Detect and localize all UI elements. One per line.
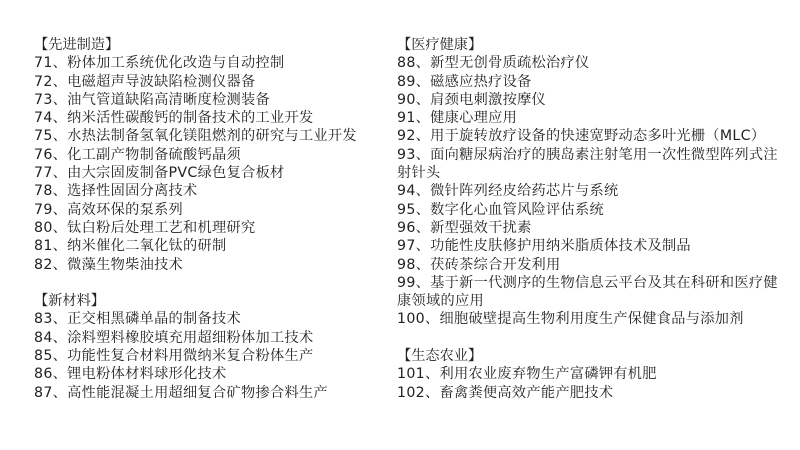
list-item: 91、健康心理应用 <box>397 109 792 127</box>
list-item: 73、油气管道缺陷高清晰度检测装备 <box>34 91 394 109</box>
list-item: 86、锂电粉体材料球形化技术 <box>34 365 394 383</box>
list-item: 97、功能性皮肤修护用纳米脂质体技术及制品 <box>397 237 792 255</box>
list-item: 78、选择性固固分离技术 <box>34 182 394 200</box>
section-spacer <box>34 274 394 292</box>
list-item: 74、纳米活性碳酸钙的制备技术的工业开发 <box>34 109 394 127</box>
left-column: 【先进制造】 71、粉体加工系统优化改造与自动控制 72、电磁超声导波缺陷检测仪… <box>34 36 394 402</box>
list-item: 72、电磁超声导波缺陷检测仪器备 <box>34 73 394 91</box>
list-item: 82、微藻生物柴油技术 <box>34 256 394 274</box>
list-item: 93、面向糖尿病治疗的胰岛素注射笔用一次性微型阵列式注射针头 <box>397 146 792 183</box>
list-item: 84、涂料塑料橡胶填充用超细粉体加工技术 <box>34 329 394 347</box>
section-heading-advanced-manufacturing: 【先进制造】 <box>34 36 394 54</box>
list-item: 94、微针阵列经皮给药芯片与系统 <box>397 182 792 200</box>
list-item: 102、畜禽粪便高效产能产肥技术 <box>397 384 792 402</box>
list-item: 88、新型无创骨质疏松治疗仪 <box>397 54 792 72</box>
list-item: 77、由大宗固废制备PVC绿色复合板材 <box>34 164 394 182</box>
section-heading-medical-health: 【医疗健康】 <box>397 36 792 54</box>
list-item: 85、功能性复合材料用微纳米复合粉体生产 <box>34 347 394 365</box>
list-item: 81、纳米催化二氧化钛的研制 <box>34 237 394 255</box>
list-item: 99、基于新一代测序的生物信息云平台及其在科研和医疗健康领域的应用 <box>397 274 792 311</box>
list-item: 79、高效环保的泵系列 <box>34 201 394 219</box>
list-item: 101、利用农业废弃物生产富磷钾有机肥 <box>397 365 792 383</box>
list-item: 95、数字化心血管风险评估系统 <box>397 201 792 219</box>
section-heading-eco-agriculture: 【生态农业】 <box>397 347 792 365</box>
list-item: 75、水热法制备氢氧化镁阻燃剂的研究与工业开发 <box>34 127 394 145</box>
list-item: 98、茯砖茶综合开发利用 <box>397 256 792 274</box>
list-item: 89、磁感应热疗设备 <box>397 73 792 91</box>
list-item: 87、高性能混凝土用超细复合矿物掺合料生产 <box>34 384 394 402</box>
list-item: 76、化工副产物制备硫酸钙晶须 <box>34 146 394 164</box>
right-column: 【医疗健康】 88、新型无创骨质疏松治疗仪 89、磁感应热疗设备 90、肩颈电刺… <box>397 36 792 402</box>
list-item: 80、钛白粉后处理工艺和机理研究 <box>34 219 394 237</box>
list-item: 100、细胞破壁提高生物利用度生产保健食品与添加剂 <box>397 310 792 328</box>
section-spacer <box>397 329 792 347</box>
list-item: 96、新型强效干扰素 <box>397 219 792 237</box>
list-item: 71、粉体加工系统优化改造与自动控制 <box>34 54 394 72</box>
list-item: 83、正交相黑磷单晶的制备技术 <box>34 310 394 328</box>
list-item: 90、肩颈电刺激按摩仪 <box>397 91 792 109</box>
list-item: 92、用于旋转放疗设备的快速宽野动态多叶光栅（MLC） <box>397 127 792 145</box>
section-heading-new-materials: 【新材料】 <box>34 292 394 310</box>
